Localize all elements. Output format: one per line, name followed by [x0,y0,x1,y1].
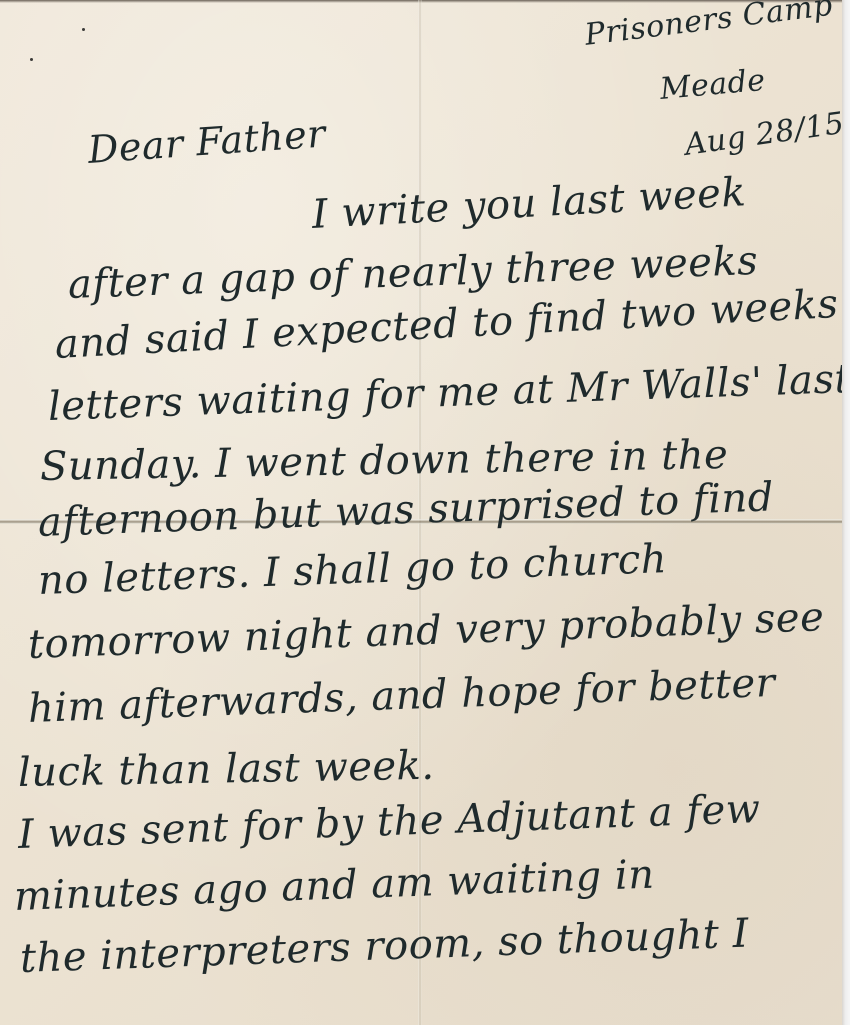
ink-speck [30,58,33,61]
heading-place-line1: Prisoners Camp [583,0,835,53]
heading-place-line2: Meade [658,63,766,107]
body-line-4: letters waiting for me at Mr Walls' last [47,356,842,430]
letter-page: Prisoners Camp Meade Aug 28/15 Dear Fath… [0,0,842,1025]
body-line-12: minutes ago and am waiting in [13,852,655,920]
body-line-13: the interpreters room, so thought I [19,911,749,982]
scan-edge-strip [842,0,850,1025]
body-line-7: no letters. I shall go to church [37,536,668,604]
heading-date: Aug 28/15 [683,106,842,163]
body-line-1: I write you last week [311,169,747,238]
ink-speck [82,28,85,31]
body-line-11: I was sent for by the Adjutant a few [17,786,761,858]
body-line-8: tomorrow night and very probably see [27,594,825,668]
body-line-10: luck than last week. [18,743,435,796]
salutation: Dear Father [86,111,327,172]
body-line-9: him afterwards, and hope for better [27,660,776,732]
